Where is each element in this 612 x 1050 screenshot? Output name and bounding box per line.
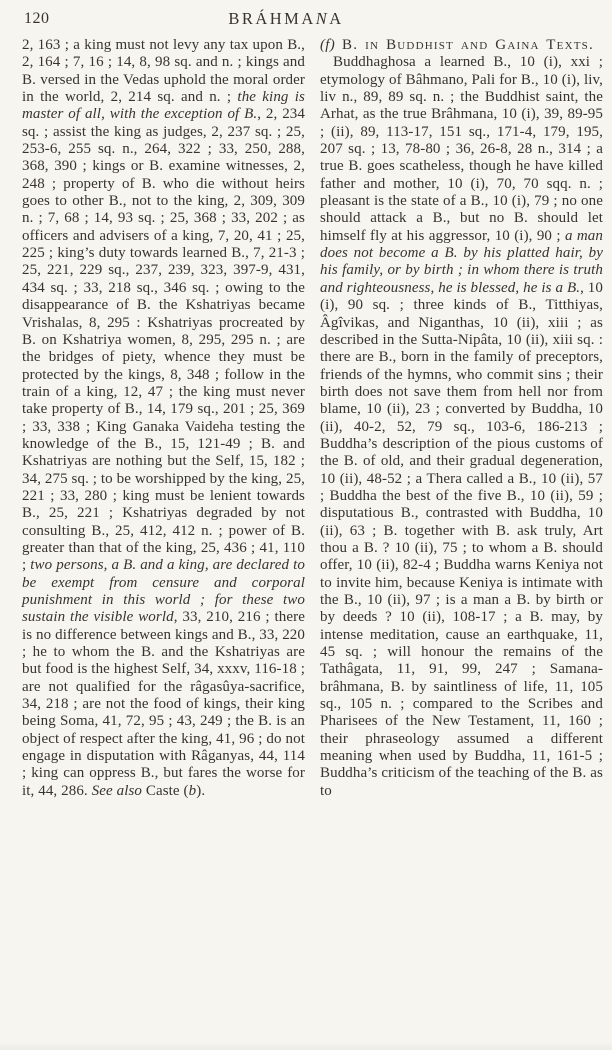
right-column: (f) B. in Buddhist and Gaina Texts. Budd… bbox=[320, 37, 603, 800]
page-header: 120 BRÁHMANA bbox=[0, 0, 612, 34]
page-title: BRÁHMANA bbox=[0, 9, 572, 29]
text-columns: 2, 163 ; a king must not levy any tax up… bbox=[0, 34, 612, 800]
section-heading: (f) B. in Buddhist and Gaina Texts. bbox=[320, 37, 603, 54]
left-column: 2, 163 ; a king must not levy any tax up… bbox=[22, 37, 305, 800]
index-entry-continuation: 2, 163 ; a king must not levy any tax up… bbox=[22, 37, 305, 800]
index-entry-buddhist-gaina: Buddhaghosa a learned B., 10 (i), xxi ; … bbox=[320, 54, 603, 800]
book-page: 120 BRÁHMANA 2, 163 ; a king must not le… bbox=[0, 0, 612, 1050]
